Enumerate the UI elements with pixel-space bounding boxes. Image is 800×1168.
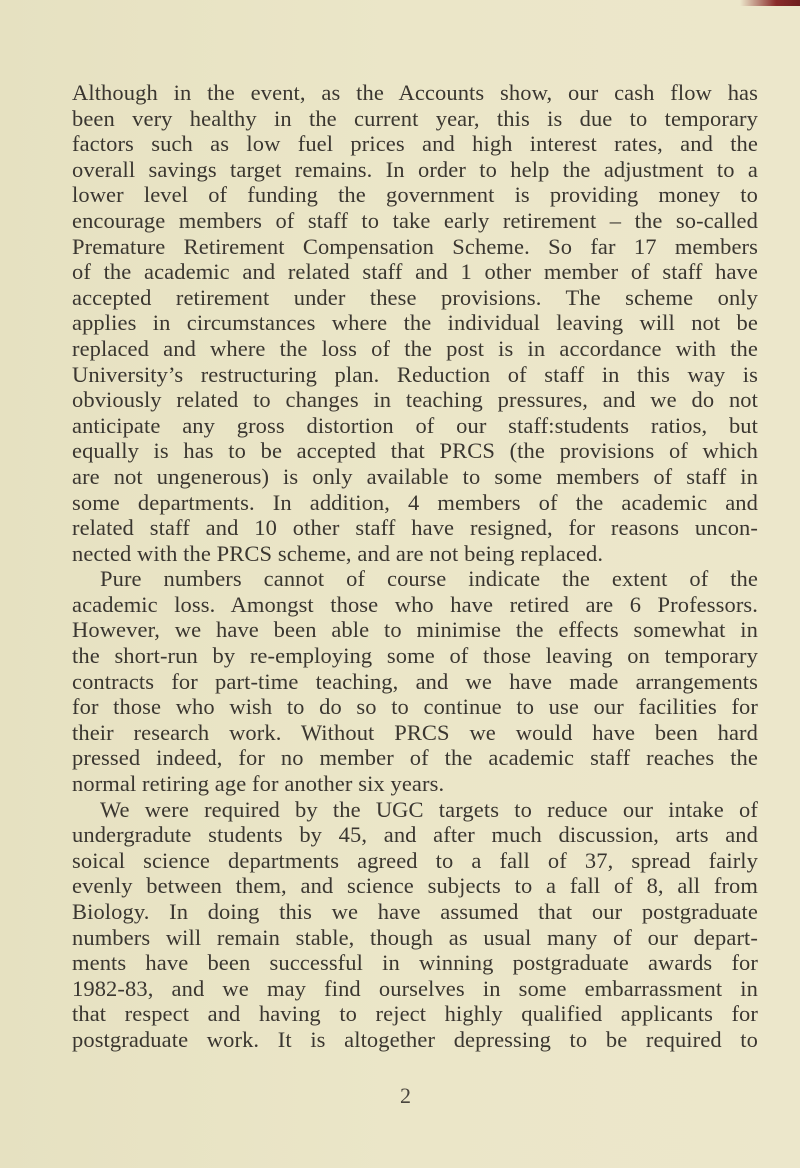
page-number: 2 [400, 1083, 411, 1109]
text-line: Premature Retirement Compensation Scheme… [72, 234, 758, 260]
text-line: Although in the event, as the Accounts s… [72, 80, 758, 106]
text-line: soical science departments agreed to a f… [72, 848, 758, 874]
text-line: are not ungenerous) is only available to… [72, 464, 758, 490]
text-line: nected with the PRCS scheme, and are not… [72, 541, 758, 567]
paragraph: We were required by the UGC targets to r… [72, 797, 758, 1053]
text-line: the short-run by re-employing some of th… [72, 643, 758, 669]
text-line: anticipate any gross distortion of our s… [72, 413, 758, 439]
text-line: some departments. In addition, 4 members… [72, 490, 758, 516]
text-line: been very healthy in the current year, t… [72, 106, 758, 132]
text-line: Pure numbers cannot of course indicate t… [72, 566, 758, 592]
document-page: Although in the event, as the Accounts s… [0, 0, 800, 1168]
text-line: academic loss. Amongst those who have re… [72, 592, 758, 618]
text-line: numbers will remain stable, though as us… [72, 925, 758, 951]
text-line: undergradute students by 45, and after m… [72, 822, 758, 848]
text-line: accepted retirement under these provisio… [72, 285, 758, 311]
text-line: normal retiring age for another six year… [72, 771, 758, 797]
text-line: However, we have been able to minimise t… [72, 617, 758, 643]
text-line: that respect and having to reject highly… [72, 1001, 758, 1027]
text-line: contracts for part-time teaching, and we… [72, 669, 758, 695]
text-line: ments have been successful in winning po… [72, 950, 758, 976]
paragraph: Although in the event, as the Accounts s… [72, 80, 758, 566]
text-line: their research work. Without PRCS we wou… [72, 720, 758, 746]
text-line: equally is has to be accepted that PRCS … [72, 438, 758, 464]
text-line: Biology. In doing this we have assumed t… [72, 899, 758, 925]
text-line: related staff and 10 other staff have re… [72, 515, 758, 541]
text-line: postgraduate work. It is altogether depr… [72, 1027, 758, 1053]
text-line: 1982-83, and we may find ourselves in so… [72, 976, 758, 1002]
book-edge [740, 0, 800, 6]
text-line: replaced and where the loss of the post … [72, 336, 758, 362]
text-line: obviously related to changes in teaching… [72, 387, 758, 413]
body-text: Although in the event, as the Accounts s… [72, 80, 758, 1053]
text-line: factors such as low fuel prices and high… [72, 131, 758, 157]
text-line: University’s restructuring plan. Reducti… [72, 362, 758, 388]
text-line: of the academic and related staff and 1 … [72, 259, 758, 285]
text-line: evenly between them, and science subject… [72, 873, 758, 899]
text-line: overall savings target remains. In order… [72, 157, 758, 183]
text-line: lower level of funding the government is… [72, 182, 758, 208]
paragraph: Pure numbers cannot of course indicate t… [72, 566, 758, 796]
text-line: for those who wish to do so to continue … [72, 694, 758, 720]
text-line: pressed indeed, for no member of the aca… [72, 745, 758, 771]
text-line: encourage members of staff to take early… [72, 208, 758, 234]
text-line: We were required by the UGC targets to r… [72, 797, 758, 823]
text-line: applies in circumstances where the indiv… [72, 310, 758, 336]
